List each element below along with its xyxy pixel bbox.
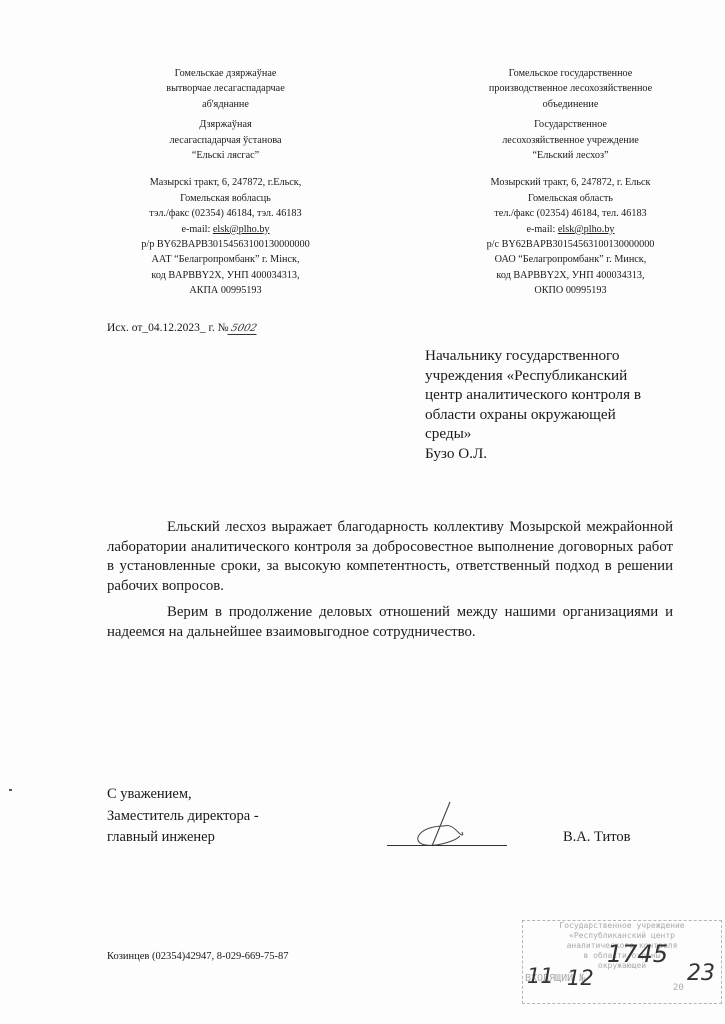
contact-info: Козинцев (02354)42947, 8-029-669-75-87 bbox=[107, 951, 288, 962]
letter-body: Ельский лесхоз выражает благодарность ко… bbox=[107, 518, 673, 642]
address-line: Мазырскі тракт, 6, 247872, г.Ельск, bbox=[108, 175, 343, 190]
closing: С уважением, bbox=[107, 784, 259, 806]
signer-title: главный инженер bbox=[107, 827, 259, 849]
bank-line: код BAPBBY2X, УНП 400034313, bbox=[448, 268, 693, 283]
stamp-year-prefix: 20 bbox=[673, 983, 684, 993]
inst-line: лесохозяйственное учреждение bbox=[448, 133, 693, 148]
stamp-line: Государственное учреждение bbox=[523, 921, 721, 931]
signature-block: С уважением, Заместитель директора - гла… bbox=[107, 784, 259, 849]
org-line: объединение bbox=[448, 97, 693, 112]
outgoing-reference: Исх. от_04.12.2023_ г. №5002 bbox=[107, 322, 258, 335]
body-paragraph: Ельский лесхоз выражает благодарность ко… bbox=[107, 518, 673, 597]
addressee-line: области охраны окружающей bbox=[425, 405, 705, 425]
email-label: e-mail: bbox=[526, 224, 557, 235]
org-line: производственное лесохозяйственное bbox=[448, 81, 693, 96]
outgoing-number: 5002 bbox=[227, 323, 260, 335]
org-line: вытворчае лесагаспадарчае bbox=[108, 81, 343, 96]
addressee-name: Бузо О.Л. bbox=[425, 444, 705, 464]
signature-line bbox=[387, 845, 507, 846]
email-line: e-mail: elsk@plho.by bbox=[108, 222, 343, 237]
bank-line: ОКПО 00995193 bbox=[448, 283, 693, 298]
address-line: Мозырский тракт, 6, 247872, г. Ельск bbox=[448, 175, 693, 190]
signer-name: В.А. Титов bbox=[563, 829, 631, 846]
email-link[interactable]: elsk@plho.by bbox=[213, 224, 270, 235]
addressee-line: среды» bbox=[425, 424, 705, 444]
inst-line: “Ельскі лясгас” bbox=[108, 148, 343, 163]
body-paragraph: Верим в продолжение деловых отношений ме… bbox=[107, 603, 673, 642]
email-link[interactable]: elsk@plho.by bbox=[558, 224, 615, 235]
outgoing-prefix: Исх. от_04.12.2023_ г. № bbox=[107, 322, 229, 334]
scan-speck bbox=[9, 789, 12, 791]
addressee-line: центр аналитического контроля в bbox=[425, 385, 705, 405]
bank-line: ААТ “Белагропромбанк” г. Мінск, bbox=[108, 252, 343, 267]
addressee-line: учреждения «Республиканский bbox=[425, 366, 705, 386]
bank-line: АКПА 00995193 bbox=[108, 283, 343, 298]
inst-line: Государственное bbox=[448, 117, 693, 132]
email-line: e-mail: elsk@plho.by bbox=[448, 222, 693, 237]
address-line: Гомельская область bbox=[448, 191, 693, 206]
address-line: тэл./факс (02354) 46184, тэл. 46183 bbox=[108, 206, 343, 221]
org-line: Гомельское государственное bbox=[448, 66, 693, 81]
email-label: e-mail: bbox=[181, 224, 212, 235]
bank-line: р/р BY62BAPB30154563100130000000 bbox=[108, 237, 343, 252]
addressee-block: Начальнику государственного учреждения «… bbox=[425, 346, 705, 463]
incoming-stamp: Государственное учреждение «Республиканс… bbox=[522, 920, 722, 1004]
inst-line: Дзяржаўная bbox=[108, 117, 343, 132]
inst-line: “Ельский лесхоз” bbox=[448, 148, 693, 163]
signer-title: Заместитель директора - bbox=[107, 806, 259, 828]
bank-line: код BAPBBY2X, УНП 400034313, bbox=[108, 268, 343, 283]
org-line: Гомельскае дзяржаўнае bbox=[108, 66, 343, 81]
stamp-number: 1745 bbox=[607, 949, 668, 959]
address-line: Гомельская вобласць bbox=[108, 191, 343, 206]
address-line: тел./факс (02354) 46184, тел. 46183 bbox=[448, 206, 693, 221]
stamp-month: 12 bbox=[567, 973, 594, 983]
inst-line: лесагаспадарчая ўстанова bbox=[108, 133, 343, 148]
stamp-year: 23 bbox=[687, 969, 715, 979]
stamp-day: 11 bbox=[527, 971, 554, 981]
bank-line: ОАО “Белагропромбанк” г. Минск, bbox=[448, 252, 693, 267]
org-line: аб'яднанне bbox=[108, 97, 343, 112]
letterhead-belarusian: Гомельскае дзяржаўнае вытворчае лесагасп… bbox=[108, 66, 343, 299]
addressee-line: Начальнику государственного bbox=[425, 346, 705, 366]
bank-line: р/с BY62BAPB30154563100130000000 bbox=[448, 237, 693, 252]
letterhead-russian: Гомельское государственное производствен… bbox=[448, 66, 693, 299]
